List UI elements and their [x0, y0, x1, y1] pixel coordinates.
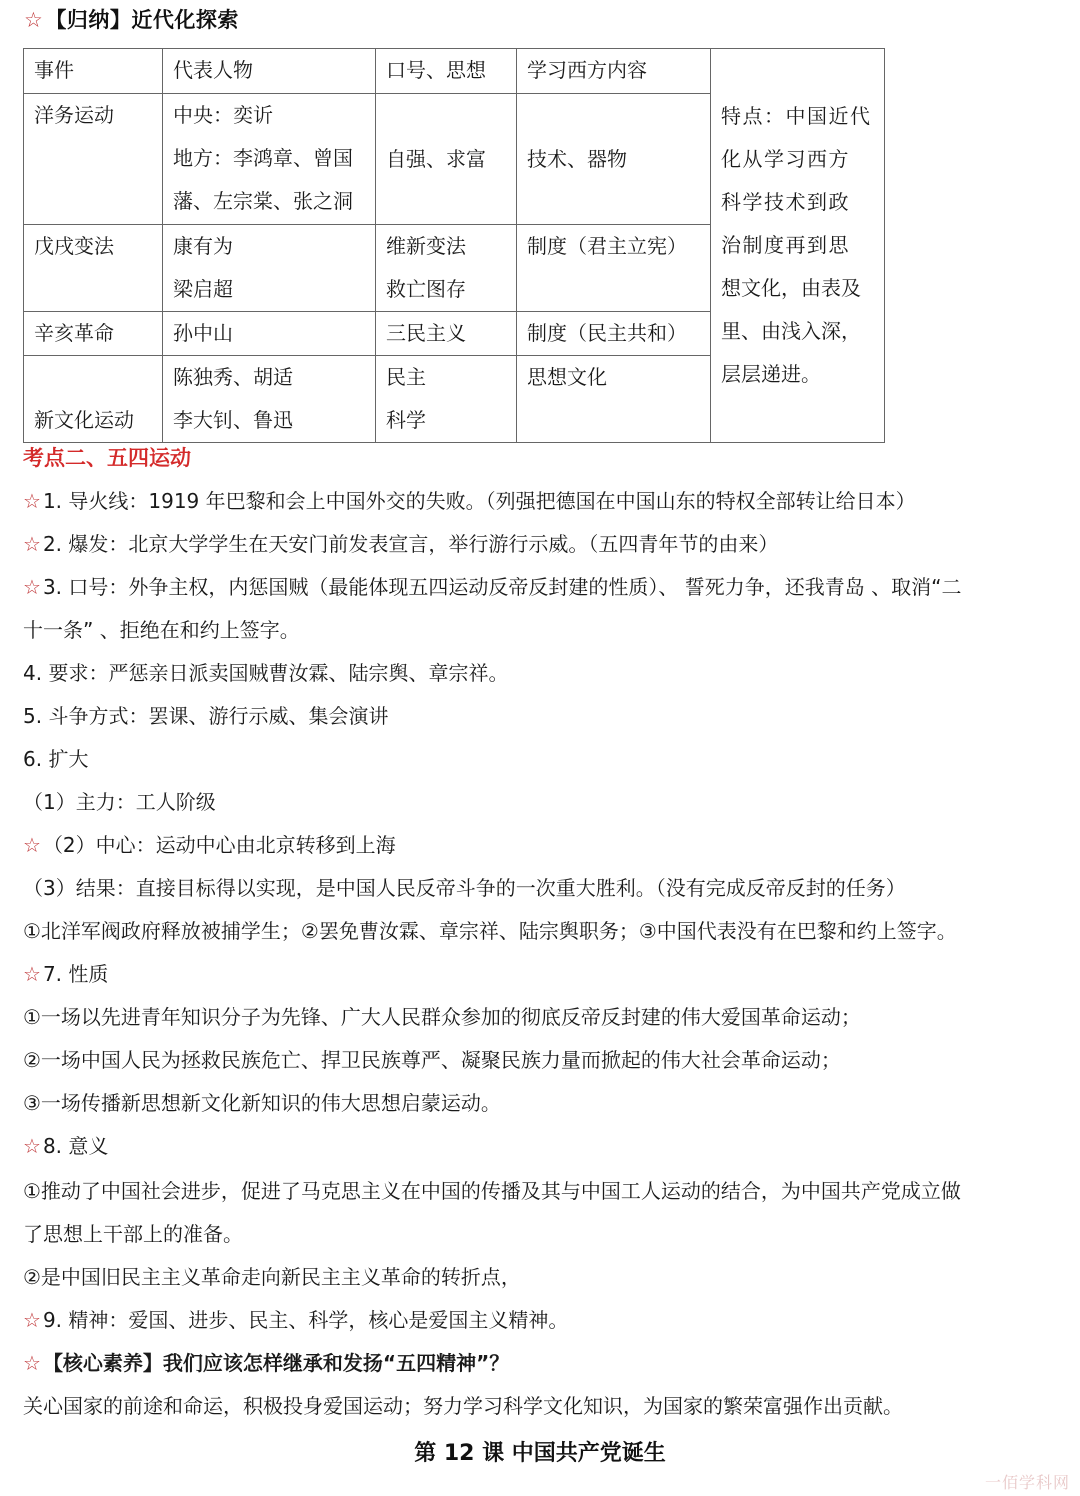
star-icon: ☆: [23, 575, 41, 599]
list-item: 十一条” 、拒绝在和约上签字。: [23, 615, 300, 645]
item-text: ③一场传播新思想新文化新知识的伟大思想启蒙运动。: [23, 1091, 501, 1115]
star-icon: ☆: [23, 1351, 41, 1375]
cell-content: 思想文化: [517, 356, 711, 443]
cell-event: 戊戌变法: [24, 225, 163, 312]
list-item: ②一场中国人民为拯救民族危亡、捍卫民族尊严、凝聚民族力量而掀起的伟大社会革命运动…: [23, 1045, 841, 1075]
star-icon: ☆: [23, 962, 41, 986]
cell-slogan: 维新变法 救亡图存: [376, 225, 517, 312]
header-content: 学习西方内容: [517, 49, 711, 94]
list-item: ③一场传播新思想新文化新知识的伟大思想启蒙运动。: [23, 1088, 501, 1118]
modernization-summary-table: 事件 代表人物 口号、思想 学习西方内容 特点：中国近代 化从学习西方 科学技术…: [23, 48, 885, 443]
cell-people: 中央：奕䜣 地方：李鸿章、曾国 藩、左宗棠、张之洞: [163, 94, 376, 225]
next-lesson-title: 第 12 课 中国共产党诞生: [0, 1436, 1080, 1467]
star-icon: ☆: [23, 489, 41, 513]
item-text: （1）主力：工人阶级: [23, 790, 216, 814]
cell-event: 辛亥革命: [24, 312, 163, 356]
feature-line: 层层递进。: [721, 353, 874, 396]
item-text: （2）中心：运动中心由北京转移到上海: [43, 833, 396, 857]
cell-content: 制度（民主共和）: [517, 312, 711, 356]
star-icon: ☆: [23, 1308, 41, 1332]
header-slogan: 口号、思想: [376, 49, 517, 94]
item-text: 9. 精神：爱国、进步、民主、科学，核心是爱国主义精神。: [43, 1308, 568, 1332]
list-item: ①一场以先进青年知识分子为先锋、广大人民群众参加的彻底反帝反封建的伟大爱国革命运…: [23, 1002, 861, 1032]
item-text: ①一场以先进青年知识分子为先锋、广大人民群众参加的彻底反帝反封建的伟大爱国革命运…: [23, 1005, 861, 1029]
list-item: （1）主力：工人阶级: [23, 787, 216, 817]
list-item: 6. 扩大: [23, 744, 88, 774]
item-text: 4. 要求：严惩亲日派卖国贼曹汝霖、陆宗舆、章宗祥。: [23, 661, 508, 685]
person-line: 中央：奕䜣: [173, 94, 365, 137]
list-item: （3）结果：直接目标得以实现，是中国人民反帝斗争的一次重大胜利。（没有完成反帝反…: [23, 873, 906, 903]
list-item: ②是中国旧民主主义革命走向新民主主义革命的转折点，: [23, 1262, 521, 1292]
item-text: 8. 意义: [43, 1134, 108, 1158]
star-icon: ☆: [23, 532, 41, 556]
core-literacy-question: ☆【核心素养】我们应该怎样继承和发扬“五四精神”？: [23, 1348, 509, 1378]
person-line: 康有为: [173, 225, 365, 268]
slogan-line: 维新变法: [386, 225, 506, 268]
cell-slogan: 自强、求富: [376, 94, 517, 225]
feature-line: 化从学习西方: [721, 138, 874, 181]
slogan-line: 民主: [386, 356, 506, 399]
list-item: 了思想上干部上的准备。: [23, 1219, 243, 1249]
item-text: 5. 斗争方式：罢课、游行示威、集会演讲: [23, 704, 388, 728]
feature-line: 想文化，由表及: [721, 267, 874, 310]
list-item: ☆1. 导火线：1919 年巴黎和会上中国外交的失败。（列强把德国在中国山东的特…: [23, 486, 916, 516]
person-line: 梁启超: [173, 268, 365, 311]
item-text: （3）结果：直接目标得以实现，是中国人民反帝斗争的一次重大胜利。（没有完成反帝反…: [23, 876, 906, 900]
cell-event: 新文化运动: [24, 356, 163, 443]
item-text: ①北洋军阀政府释放被捕学生；②罢免曹汝霖、章宗祥、陆宗舆职务；③中国代表没有在巴…: [23, 919, 957, 943]
cell-people: 陈独秀、胡适 李大钊、鲁迅: [163, 356, 376, 443]
item-text: 3. 口号：外争主权，内惩国贼（最能体现五四运动反帝反封建的性质）、 誓死力争，…: [43, 575, 962, 599]
core-literacy-answer: 关心国家的前途和命运，积极投身爱国运动；努力学习科学文化知识，为国家的繁荣富强作…: [23, 1391, 903, 1421]
item-text: 6. 扩大: [23, 747, 88, 771]
star-icon: ☆: [23, 1134, 41, 1158]
person-line: 藩、左宗棠、张之洞: [173, 180, 365, 223]
item-text: ②一场中国人民为拯救民族危亡、捍卫民族尊严、凝聚民族力量而掀起的伟大社会革命运动…: [23, 1048, 841, 1072]
cell-people: 孙中山: [163, 312, 376, 356]
feature-line: 治制度再到思: [721, 224, 874, 267]
document-page: ☆【归纳】近代化探索 事件 代表人物 口号、思想 学习西方内容 特点：中国近代 …: [0, 0, 1080, 1496]
feature-line: 里、由浅入深，: [721, 310, 874, 353]
section-heading-may-fourth: 考点二、五四运动: [23, 442, 191, 472]
cell-event: 洋务运动: [24, 94, 163, 225]
list-item: ☆7. 性质: [23, 959, 108, 989]
item-text: 1. 导火线：1919 年巴黎和会上中国外交的失败。（列强把德国在中国山东的特权…: [43, 489, 916, 513]
list-item: ☆9. 精神：爱国、进步、民主、科学，核心是爱国主义精神。: [23, 1305, 568, 1335]
list-item: ☆（2）中心：运动中心由北京转移到上海: [23, 830, 396, 860]
person-line: 陈独秀、胡适: [173, 356, 365, 399]
item-text: 7. 性质: [43, 962, 108, 986]
feature-cell: 特点：中国近代 化从学习西方 科学技术到政 治制度再到思 想文化，由表及 里、由…: [711, 49, 885, 443]
table-header-row: 事件 代表人物 口号、思想 学习西方内容 特点：中国近代 化从学习西方 科学技术…: [24, 49, 885, 94]
header-people: 代表人物: [163, 49, 376, 94]
list-item: 5. 斗争方式：罢课、游行示威、集会演讲: [23, 701, 388, 731]
person-line: 地方：李鸿章、曾国: [173, 137, 365, 180]
list-item: ①推动了中国社会进步，促进了马克思主义在中国的传播及其与中国工人运动的结合，为中…: [23, 1176, 961, 1206]
list-item: ☆2. 爆发：北京大学学生在天安门前发表宣言，举行游行示威。（五四青年节的由来）: [23, 529, 778, 559]
slogan-line: 救亡图存: [386, 268, 506, 311]
cell-slogan: 三民主义: [376, 312, 517, 356]
item-text: 2. 爆发：北京大学学生在天安门前发表宣言，举行游行示威。（五四青年节的由来）: [43, 532, 778, 556]
watermark: 一佰学科网: [985, 1470, 1070, 1493]
cell-people: 康有为 梁启超: [163, 225, 376, 312]
person-line: 李大钊、鲁迅: [173, 399, 365, 442]
star-icon: ☆: [24, 8, 43, 32]
list-item: ①北洋军阀政府释放被捕学生；②罢免曹汝霖、章宗祥、陆宗舆职务；③中国代表没有在巴…: [23, 916, 957, 946]
cell-slogan: 民主 科学: [376, 356, 517, 443]
cell-content: 技术、器物: [517, 94, 711, 225]
summary-title: 【归纳】近代化探索: [45, 8, 239, 32]
feature-line: 特点：中国近代: [721, 95, 874, 138]
list-item: ☆3. 口号：外争主权，内惩国贼（最能体现五四运动反帝反封建的性质）、 誓死力争…: [23, 572, 961, 602]
list-item: 4. 要求：严惩亲日派卖国贼曹汝霖、陆宗舆、章宗祥。: [23, 658, 508, 688]
header-event: 事件: [24, 49, 163, 94]
summary-heading: ☆【归纳】近代化探索: [24, 4, 239, 34]
slogan-line: 科学: [386, 399, 506, 442]
item-text: 十一条” 、拒绝在和约上签字。: [23, 618, 300, 642]
star-icon: ☆: [23, 833, 41, 857]
list-item: ☆8. 意义: [23, 1131, 108, 1161]
cell-content: 制度（君主立宪）: [517, 225, 711, 312]
item-text: ①推动了中国社会进步，促进了马克思主义在中国的传播及其与中国工人运动的结合，为中…: [23, 1179, 961, 1203]
item-text: 了思想上干部上的准备。: [23, 1222, 243, 1246]
question-text: 【核心素养】我们应该怎样继承和发扬“五四精神”？: [43, 1351, 509, 1375]
feature-line: 科学技术到政: [721, 181, 874, 224]
item-text: ②是中国旧民主主义革命走向新民主主义革命的转折点，: [23, 1265, 521, 1289]
